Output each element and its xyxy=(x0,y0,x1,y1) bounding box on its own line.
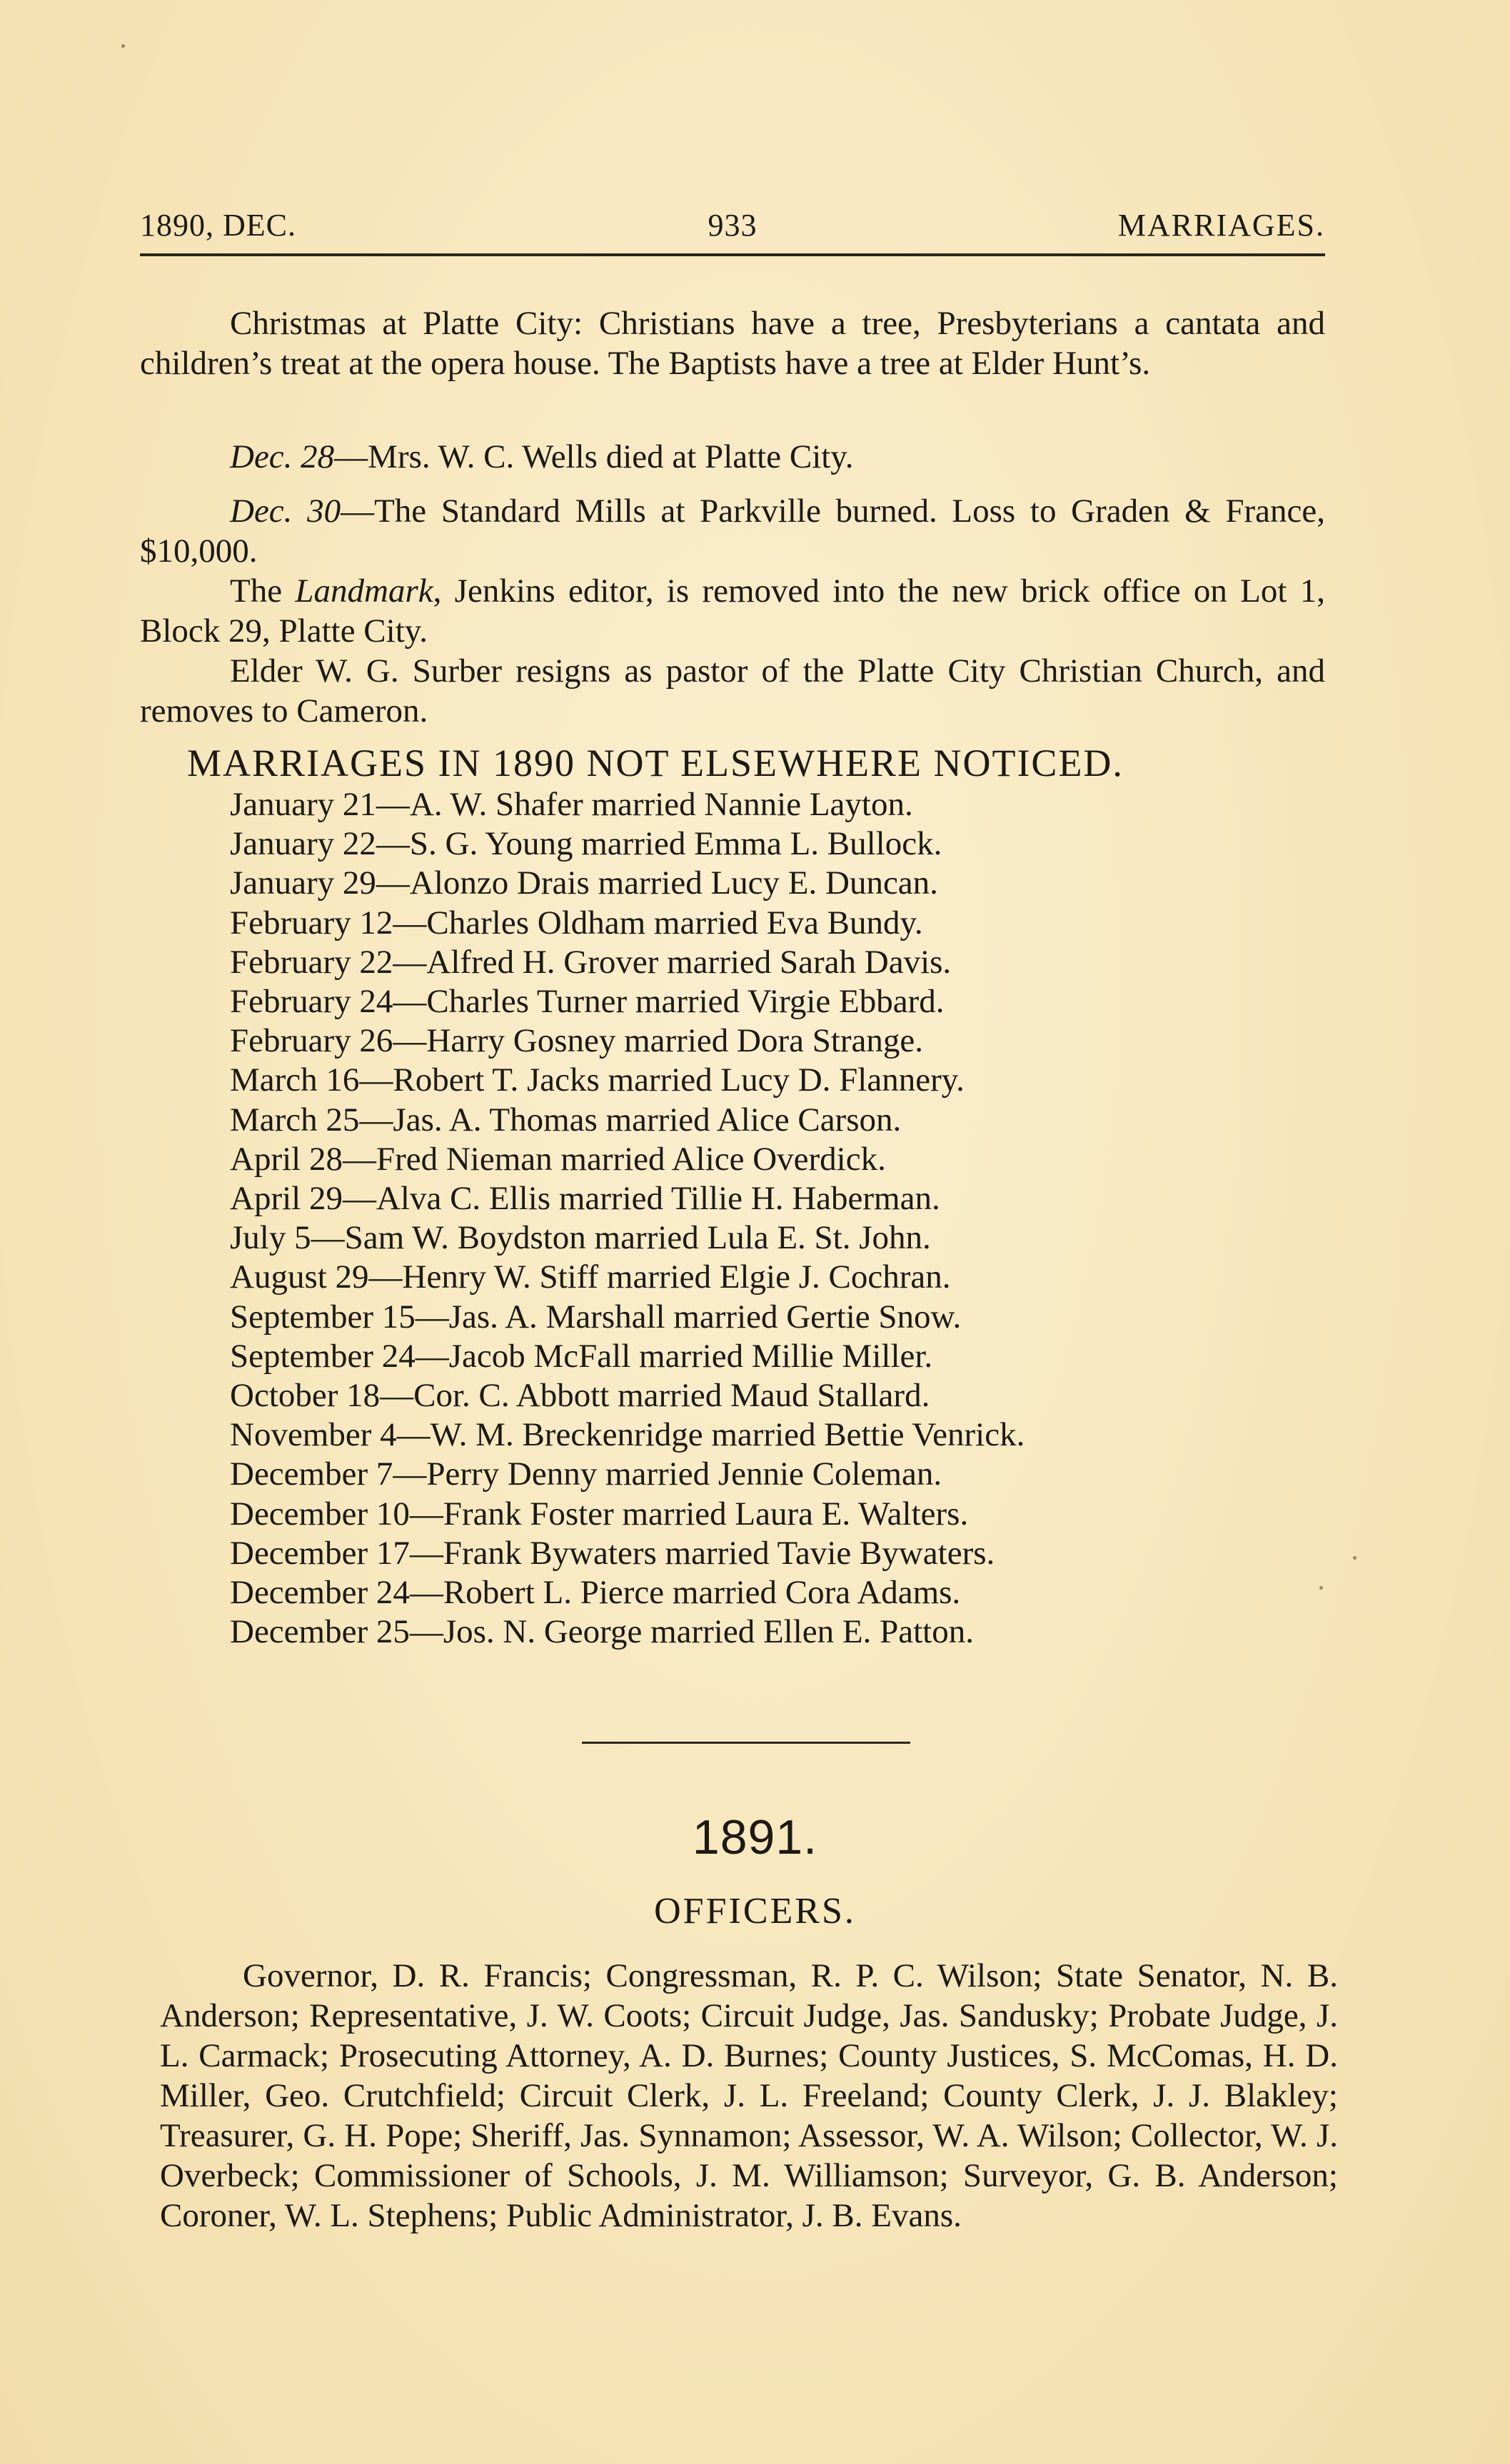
marriage-entry: December 24—Robert L. Pierce married Cor… xyxy=(230,1573,1025,1612)
entry-prefix: The xyxy=(230,572,295,610)
marriage-entry: April 29—Alva C. Ellis married Tillie H.… xyxy=(230,1179,1025,1218)
marriage-entry: October 18—Cor. C. Abbott married Maud S… xyxy=(230,1376,1025,1415)
year-heading: 1891. xyxy=(0,1809,1510,1865)
paper-speck xyxy=(121,44,125,48)
marriage-entry: November 4—W. M. Breckenridge married Be… xyxy=(230,1415,1025,1455)
marriage-entry: September 24—Jacob McFall married Millie… xyxy=(230,1337,1025,1376)
paragraph-surber: Elder W. G. Surber resigns as pastor of … xyxy=(140,651,1325,731)
paragraph-landmark: The Landmark, Jenkins editor, is removed… xyxy=(140,571,1325,651)
marriages-heading: MARRIAGES IN 1890 NOT ELSEWHERE NOTICED. xyxy=(187,741,1124,785)
marriage-entry: March 25—Jas. A. Thomas married Alice Ca… xyxy=(230,1101,1025,1140)
entry-text: —Mrs. W. C. Wells died at Platte City. xyxy=(334,438,853,475)
header-rule xyxy=(140,253,1325,256)
marriage-entry: January 22—S. G. Young married Emma L. B… xyxy=(230,824,1025,864)
paragraph-dec-30: Dec. 30—The Standard Mills at Parkville … xyxy=(140,491,1325,571)
section-divider xyxy=(582,1742,910,1744)
entry-date: Dec. 28 xyxy=(230,438,334,475)
marriage-list: January 21—A. W. Shafer married Nannie L… xyxy=(230,785,1025,1652)
header-section-title: MARRIAGES. xyxy=(1118,207,1325,243)
marriage-entry: December 25—Jos. N. George married Ellen… xyxy=(230,1612,1025,1652)
marriage-entry: December 17—Frank Bywaters married Tavie… xyxy=(230,1534,1025,1573)
marriage-entry: February 26—Harry Gosney married Dora St… xyxy=(230,1021,1025,1061)
marriage-entry: September 15—Jas. A. Marshall married Ge… xyxy=(230,1298,1025,1337)
officers-heading: OFFICERS. xyxy=(0,1890,1510,1932)
marriage-entry: December 7—Perry Denny married Jennie Co… xyxy=(230,1455,1025,1494)
marriage-entry: February 12—Charles Oldham married Eva B… xyxy=(230,904,1025,943)
marriage-entry: April 28—Fred Nieman married Alice Overd… xyxy=(230,1140,1025,1179)
marriage-entry: August 29—Henry W. Stiff married Elgie J… xyxy=(230,1258,1025,1297)
marriage-entry: December 10—Frank Foster married Laura E… xyxy=(230,1495,1025,1534)
paper-speck xyxy=(1353,1556,1357,1560)
marriage-entry: January 21—A. W. Shafer married Nannie L… xyxy=(230,785,1025,824)
marriage-entry: February 22—Alfred H. Grover married Sar… xyxy=(230,943,1025,982)
marriage-entry: July 5—Sam W. Boydston married Lula E. S… xyxy=(230,1218,1025,1258)
running-header: 1890, DEC. 933 MARRIAGES. xyxy=(140,207,1325,250)
newspaper-name: Landmark xyxy=(295,572,433,610)
marriage-entry: January 29—Alonzo Drais married Lucy E. … xyxy=(230,864,1025,903)
paragraph-text: Governor, D. R. Francis; Congressman, R.… xyxy=(160,1956,1338,2236)
paragraph-text: Elder W. G. Surber resigns as pastor of … xyxy=(140,651,1325,731)
book-page: 1890, DEC. 933 MARRIAGES. Christmas at P… xyxy=(0,0,1510,2464)
paper-speck xyxy=(1319,1586,1323,1590)
paragraph-dec-28: Dec. 28—Mrs. W. C. Wells died at Platte … xyxy=(140,437,1325,477)
officers-paragraph: Governor, D. R. Francis; Congressman, R.… xyxy=(160,1956,1338,2236)
paragraph-christmas: Christmas at Platte City: Christians hav… xyxy=(140,303,1325,383)
entry-date: Dec. 30 xyxy=(230,493,341,530)
marriage-entry: March 16—Robert T. Jacks married Lucy D.… xyxy=(230,1061,1025,1100)
paragraph-text: Christmas at Platte City: Christians hav… xyxy=(140,303,1325,383)
marriage-entry: February 24—Charles Turner married Virgi… xyxy=(230,982,1025,1021)
